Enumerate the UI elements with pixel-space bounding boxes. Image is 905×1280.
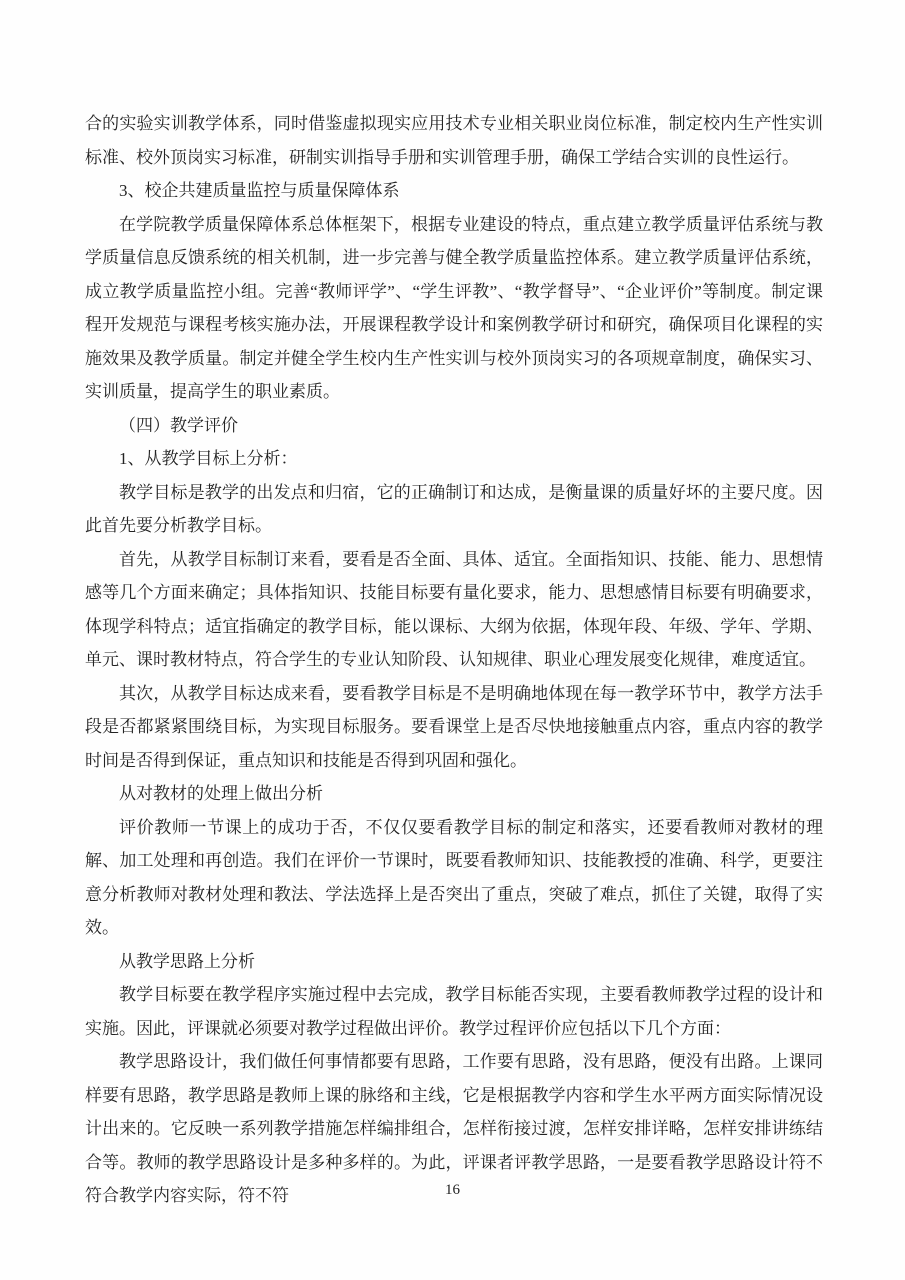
heading-quality-monitoring-system: 3、校企共建质量监控与质量保障体系: [85, 174, 823, 208]
heading-teaching-objectives-analysis: 1、从教学目标上分析：: [85, 442, 823, 476]
heading-teaching-approach-analysis: 从教学思路上分析: [85, 945, 823, 979]
heading-teaching-evaluation: （四）教学评价: [85, 409, 823, 443]
heading-material-handling-analysis: 从对教材的处理上做出分析: [85, 777, 823, 811]
page-number: 16: [0, 1182, 905, 1199]
paragraph-material-handling: 评价教师一节课上的成功于否，不仅仅要看教学目标的制定和落实，还要看教师对教材的理…: [85, 811, 823, 945]
paragraph-objectives-formulation: 首先，从教学目标制订来看，要看是否全面、具体、适宜。全面指知识、技能、能力、思想…: [85, 543, 823, 677]
paragraph-quality-assurance: 在学院教学质量保障体系总体框架下，根据专业建设的特点，重点建立教学质量评估系统与…: [85, 208, 823, 409]
paragraph-objectives-importance: 教学目标是教学的出发点和归宿，它的正确制订和达成，是衡量课的质量好坏的主要尺度。…: [85, 476, 823, 543]
document-page: 合的实验实训教学体系，同时借鉴虚拟现实应用技术专业相关职业岗位标准，制定校内生产…: [0, 0, 905, 1280]
paragraph-teaching-process-evaluation: 教学目标要在教学程序实施过程中去完成，教学目标能否实现，主要看教师教学过程的设计…: [85, 978, 823, 1045]
paragraph-training-system-continuation: 合的实验实训教学体系，同时借鉴虚拟现实应用技术专业相关职业岗位标准，制定校内生产…: [85, 107, 823, 174]
paragraph-objectives-achievement: 其次，从教学目标达成来看，要看教学目标是不是明确地体现在每一教学环节中，教学方法…: [85, 677, 823, 778]
text-block: 合的实验实训教学体系，同时借鉴虚拟现实应用技术专业相关职业岗位标准，制定校内生产…: [85, 107, 823, 1213]
